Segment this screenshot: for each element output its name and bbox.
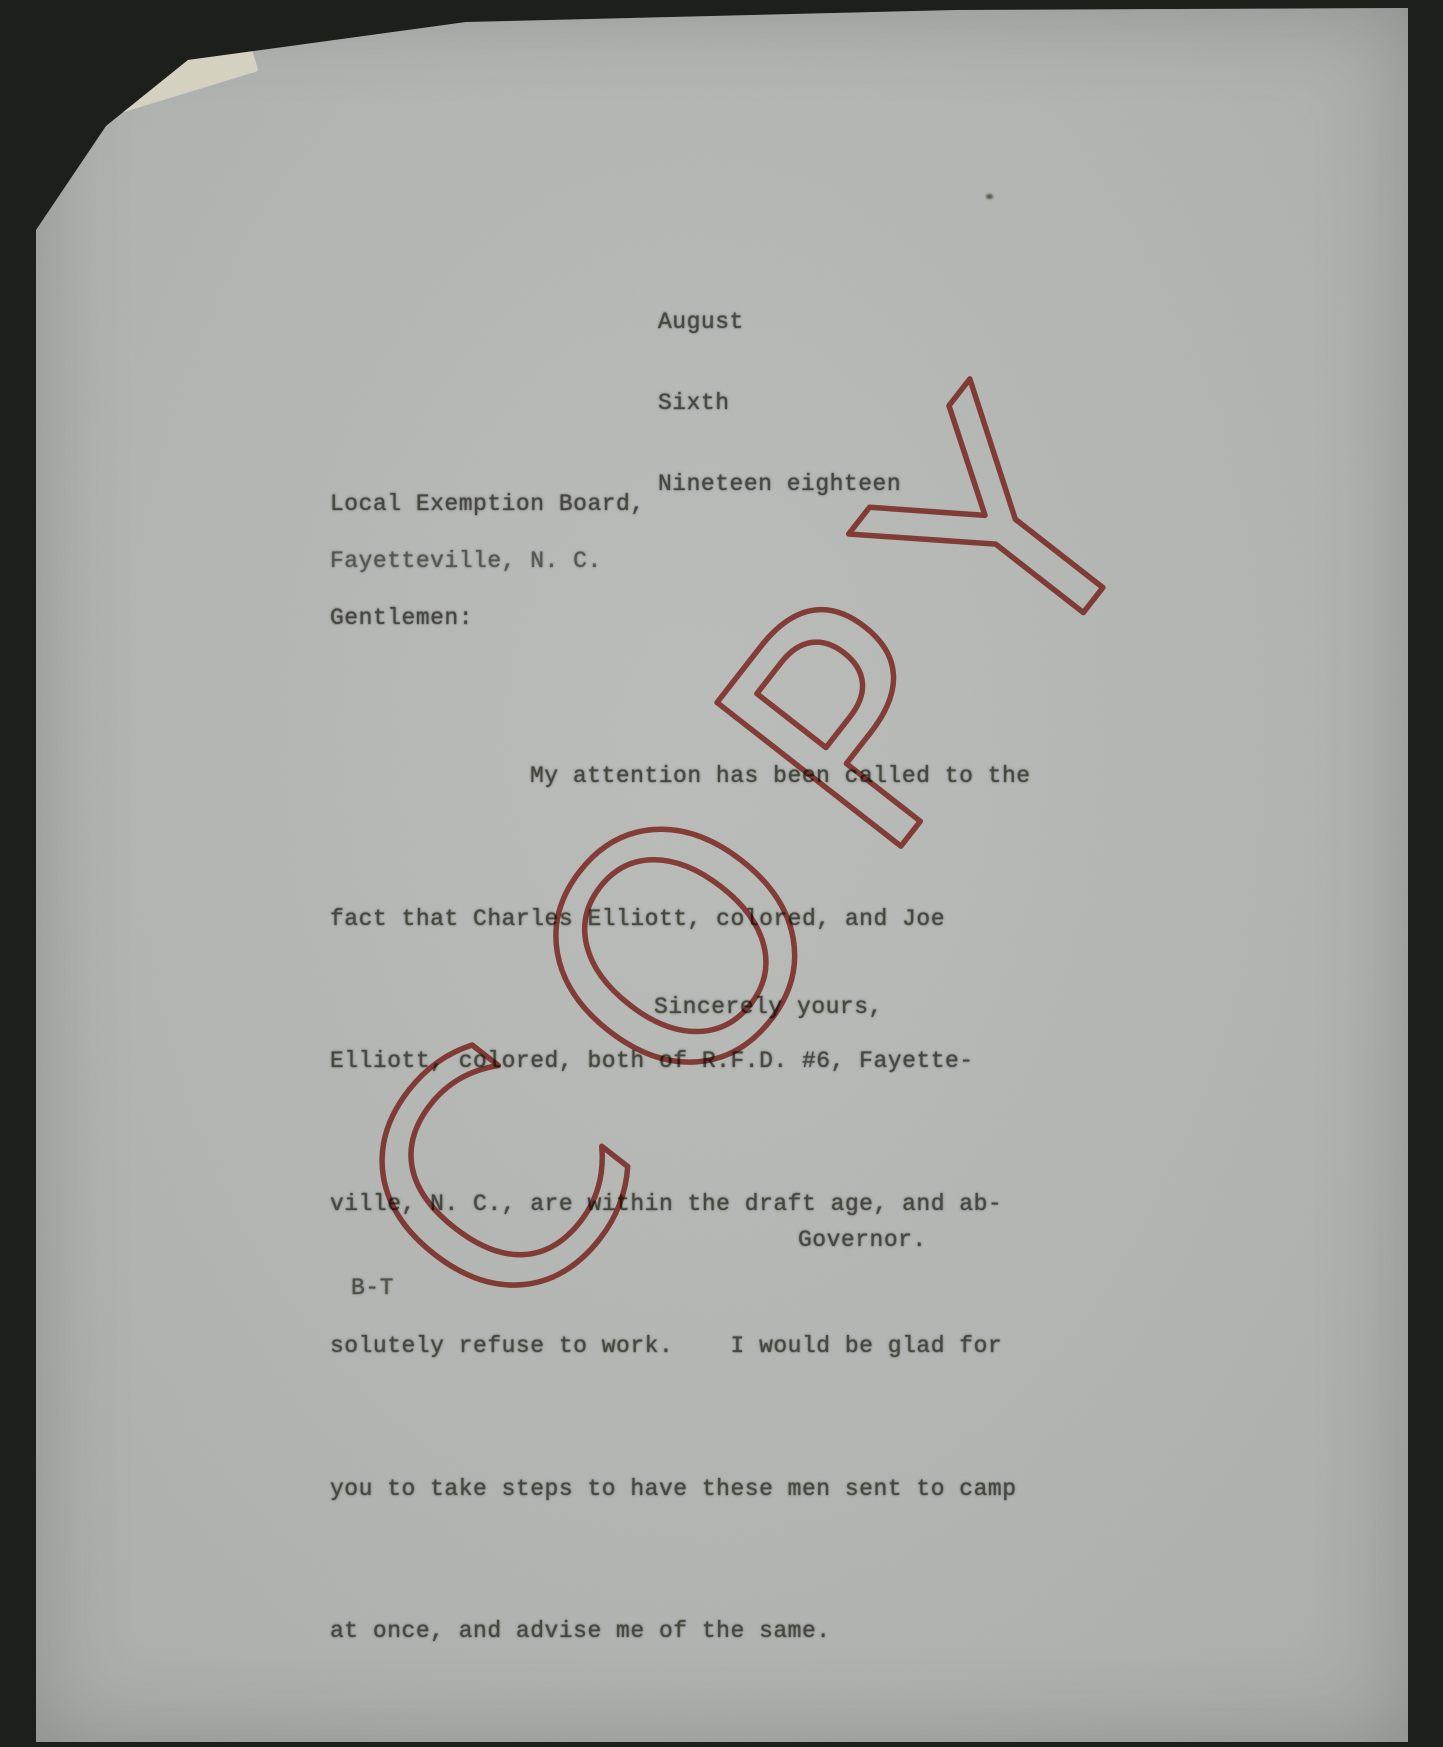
scanned-letter-background: August Sixth Nineteen eighteen Local Exe… <box>0 0 1443 1747</box>
date-line: Nineteen eighteen <box>658 471 901 498</box>
signature-title: Governor. <box>798 1227 927 1253</box>
closing: Sincerely yours, <box>654 994 883 1020</box>
date-line: Sixth <box>658 390 901 417</box>
ink-speck <box>986 194 993 199</box>
body-line: ville, N. C., are within the draft age, … <box>330 1181 1031 1229</box>
body-line: at once, and advise me of the same. <box>330 1608 1031 1656</box>
recipient-line: Local Exemption Board, <box>330 491 645 517</box>
body-line: you to take steps to have these men sent… <box>330 1466 1031 1514</box>
folded-corner-sliver <box>24 40 258 139</box>
date-block: August Sixth Nineteen eighteen <box>658 255 901 552</box>
date-line: August <box>658 309 901 336</box>
letter-body: My attention has been called to the fact… <box>330 658 1031 1747</box>
letter-paper: August Sixth Nineteen eighteen Local Exe… <box>36 8 1408 1742</box>
recipient-line: Fayetteville, N. C. <box>330 548 602 574</box>
body-line: solutely refuse to work. I would be glad… <box>330 1323 1031 1371</box>
typist-initials: B-T <box>351 1275 394 1301</box>
salutation: Gentlemen: <box>330 605 473 631</box>
body-line: Elliott, colored, both of R.F.D. #6, Fay… <box>330 1038 1031 1086</box>
body-line: My attention has been called to the <box>330 753 1031 801</box>
body-line: fact that Charles Elliott, colored, and … <box>330 896 1031 944</box>
